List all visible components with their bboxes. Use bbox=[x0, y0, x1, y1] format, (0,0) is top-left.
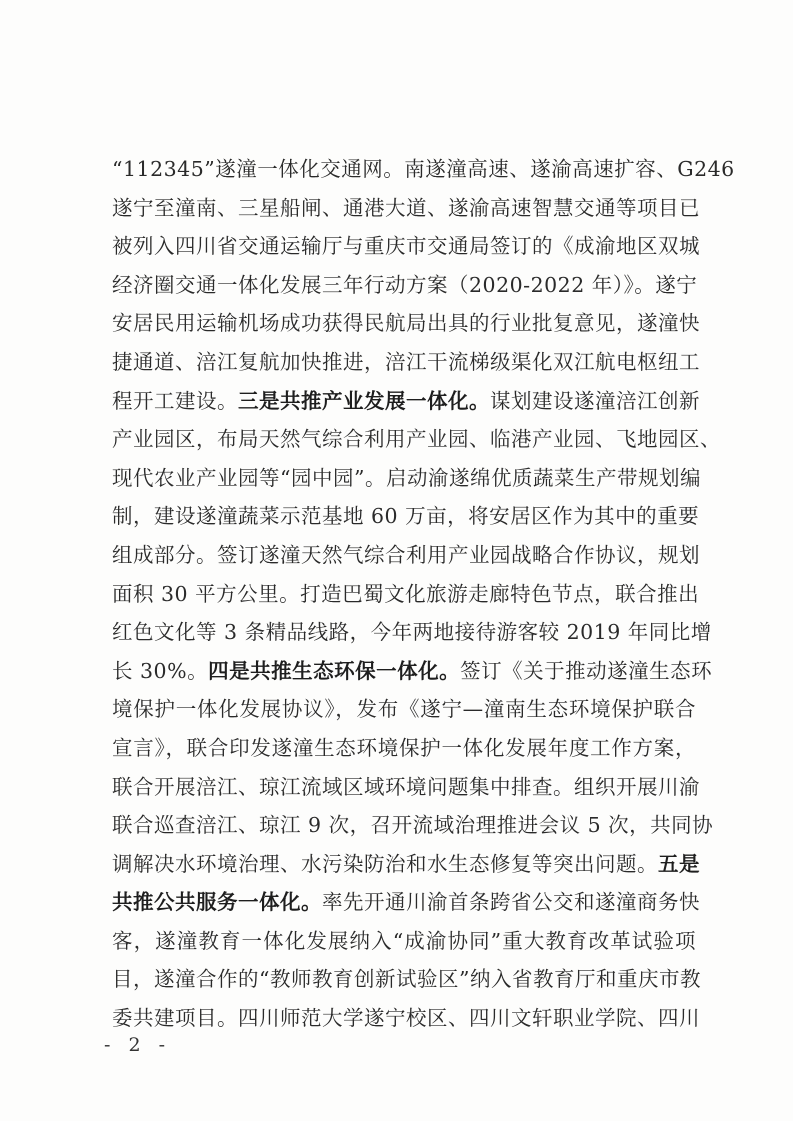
text-line: 制，建设遂潼蔬菜示范基地 60 万亩，将安居区作为其中的重要 bbox=[112, 497, 696, 536]
text-line: 联合巡查涪江、琼江 9 次，召开流域治理推进会议 5 次，共同协 bbox=[112, 806, 696, 845]
text-line: 长 30%。四是共推生态环保一体化。签订《关于推动遂潼生态环 bbox=[112, 652, 696, 691]
text-segment: 程开工建设。 bbox=[112, 389, 238, 413]
document-body: “112345”遂潼一体化交通网。南遂潼高速、遂渝高速扩容、G246遂宁至潼南、… bbox=[112, 150, 696, 1038]
text-line: 共推公共服务一体化。率先开通川渝首条跨省公交和遂潼商务快 bbox=[112, 883, 696, 922]
bold-heading-segment: 共推公共服务一体化。 bbox=[112, 890, 322, 914]
text-line: 宣言》，联合印发遂潼生态环境保护一体化发展年度工作方案， bbox=[112, 729, 696, 768]
text-segment: 境保护一体化发展协议》，发布《遂宁—潼南生态环境保护联合 bbox=[112, 697, 696, 721]
text-segment: 委共建项目。四川师范大学遂宁校区、四川文轩职业学院、四川 bbox=[112, 1006, 700, 1030]
text-segment: 被列入四川省交通运输厅与重庆市交通局签订的《成渝地区双城 bbox=[112, 234, 700, 258]
text-line: “112345”遂潼一体化交通网。南遂潼高速、遂渝高速扩容、G246 bbox=[112, 150, 696, 189]
text-line: 目，遂潼合作的“教师教育创新试验区”纳入省教育厅和重庆市教 bbox=[112, 960, 696, 999]
text-segment: 谋划建设遂潼涪江创新 bbox=[490, 389, 700, 413]
text-segment: 捷通道、涪江复航加快推进，涪江干流梯级渠化双江航电枢纽工 bbox=[112, 350, 700, 374]
text-segment: 面积 30 平方公里。打造巴蜀文化旅游走廊特色节点，联合推出 bbox=[112, 582, 699, 606]
text-segment: 签订《关于推动遂潼生态环 bbox=[460, 659, 712, 683]
text-segment: 现代农业产业园等“园中园”。启动渝遂绵优质蔬菜生产带规划编 bbox=[112, 466, 701, 490]
text-segment: 安居民用运输机场成功获得民航局出具的行业批复意见，遂潼快 bbox=[112, 311, 700, 335]
text-line: 程开工建设。三是共推产业发展一体化。谋划建设遂潼涪江创新 bbox=[112, 382, 696, 421]
bold-heading-segment: 三是共推产业发展一体化。 bbox=[238, 389, 490, 413]
text-line: 组成部分。签订遂潼天然气综合利用产业园战略合作协议，规划 bbox=[112, 536, 696, 575]
text-line: 被列入四川省交通运输厅与重庆市交通局签订的《成渝地区双城 bbox=[112, 227, 696, 266]
text-segment: 联合开展涪江、琼江流域区域环境问题集中排查。组织开展川渝 bbox=[112, 775, 700, 799]
text-segment: 组成部分。签订遂潼天然气综合利用产业园战略合作协议，规划 bbox=[112, 543, 700, 567]
text-line: 境保护一体化发展协议》，发布《遂宁—潼南生态环境保护联合 bbox=[112, 690, 696, 729]
text-line: 联合开展涪江、琼江流域区域环境问题集中排查。组织开展川渝 bbox=[112, 768, 696, 807]
text-segment: 制，建设遂潼蔬菜示范基地 60 万亩，将安居区作为其中的重要 bbox=[112, 504, 699, 528]
text-line: 面积 30 平方公里。打造巴蜀文化旅游走廊特色节点，联合推出 bbox=[112, 575, 696, 614]
text-line: 遂宁至潼南、三星船闸、通港大道、遂渝高速智慧交通等项目已 bbox=[112, 189, 696, 228]
text-segment: “112345”遂潼一体化交通网。南遂潼高速、遂渝高速扩容、G246 bbox=[112, 157, 735, 181]
text-line: 经济圈交通一体化发展三年行动方案（2020-2022 年）》。遂宁 bbox=[112, 266, 696, 305]
text-segment: 宣言》，联合印发遂潼生态环境保护一体化发展年度工作方案， bbox=[112, 736, 696, 760]
text-segment: 联合巡查涪江、琼江 9 次，召开流域治理推进会议 5 次，共同协 bbox=[112, 813, 713, 837]
text-line: 现代农业产业园等“园中园”。启动渝遂绵优质蔬菜生产带规划编 bbox=[112, 459, 696, 498]
page-number: - 2 - bbox=[104, 1034, 171, 1056]
text-line: 委共建项目。四川师范大学遂宁校区、四川文轩职业学院、四川 bbox=[112, 999, 696, 1038]
text-line: 产业园区，布局天然气综合利用产业园、临港产业园、飞地园区、 bbox=[112, 420, 696, 459]
text-line: 安居民用运输机场成功获得民航局出具的行业批复意见，遂潼快 bbox=[112, 304, 696, 343]
text-segment: 目，遂潼合作的“教师教育创新试验区”纳入省教育厅和重庆市教 bbox=[112, 967, 701, 991]
text-segment: 率先开通川渝首条跨省公交和遂潼商务快 bbox=[322, 890, 700, 914]
text-segment: 调解决水环境治理、水污染防治和水生态修复等突出问题。 bbox=[112, 852, 658, 876]
bold-heading-segment: 五是 bbox=[658, 852, 700, 876]
text-segment: 长 30%。 bbox=[112, 659, 208, 683]
text-segment: 经济圈交通一体化发展三年行动方案（2020-2022 年）》。遂宁 bbox=[112, 273, 697, 297]
text-line: 红色文化等 3 条精品线路，今年两地接待游客较 2019 年同比增 bbox=[112, 613, 696, 652]
text-line: 捷通道、涪江复航加快推进，涪江干流梯级渠化双江航电枢纽工 bbox=[112, 343, 696, 382]
text-line: 调解决水环境治理、水污染防治和水生态修复等突出问题。五是 bbox=[112, 845, 696, 884]
text-segment: 产业园区，布局天然气综合利用产业园、临港产业园、飞地园区、 bbox=[112, 427, 721, 451]
text-line: 客，遂潼教育一体化发展纳入“成渝协同”重大教育改革试验项 bbox=[112, 922, 696, 961]
text-segment: 客，遂潼教育一体化发展纳入“成渝协同”重大教育改革试验项 bbox=[112, 929, 696, 953]
text-segment: 红色文化等 3 条精品线路，今年两地接待游客较 2019 年同比增 bbox=[112, 620, 712, 644]
text-segment: 遂宁至潼南、三星船闸、通港大道、遂渝高速智慧交通等项目已 bbox=[112, 196, 700, 220]
bold-heading-segment: 四是共推生态环保一体化。 bbox=[208, 659, 460, 683]
